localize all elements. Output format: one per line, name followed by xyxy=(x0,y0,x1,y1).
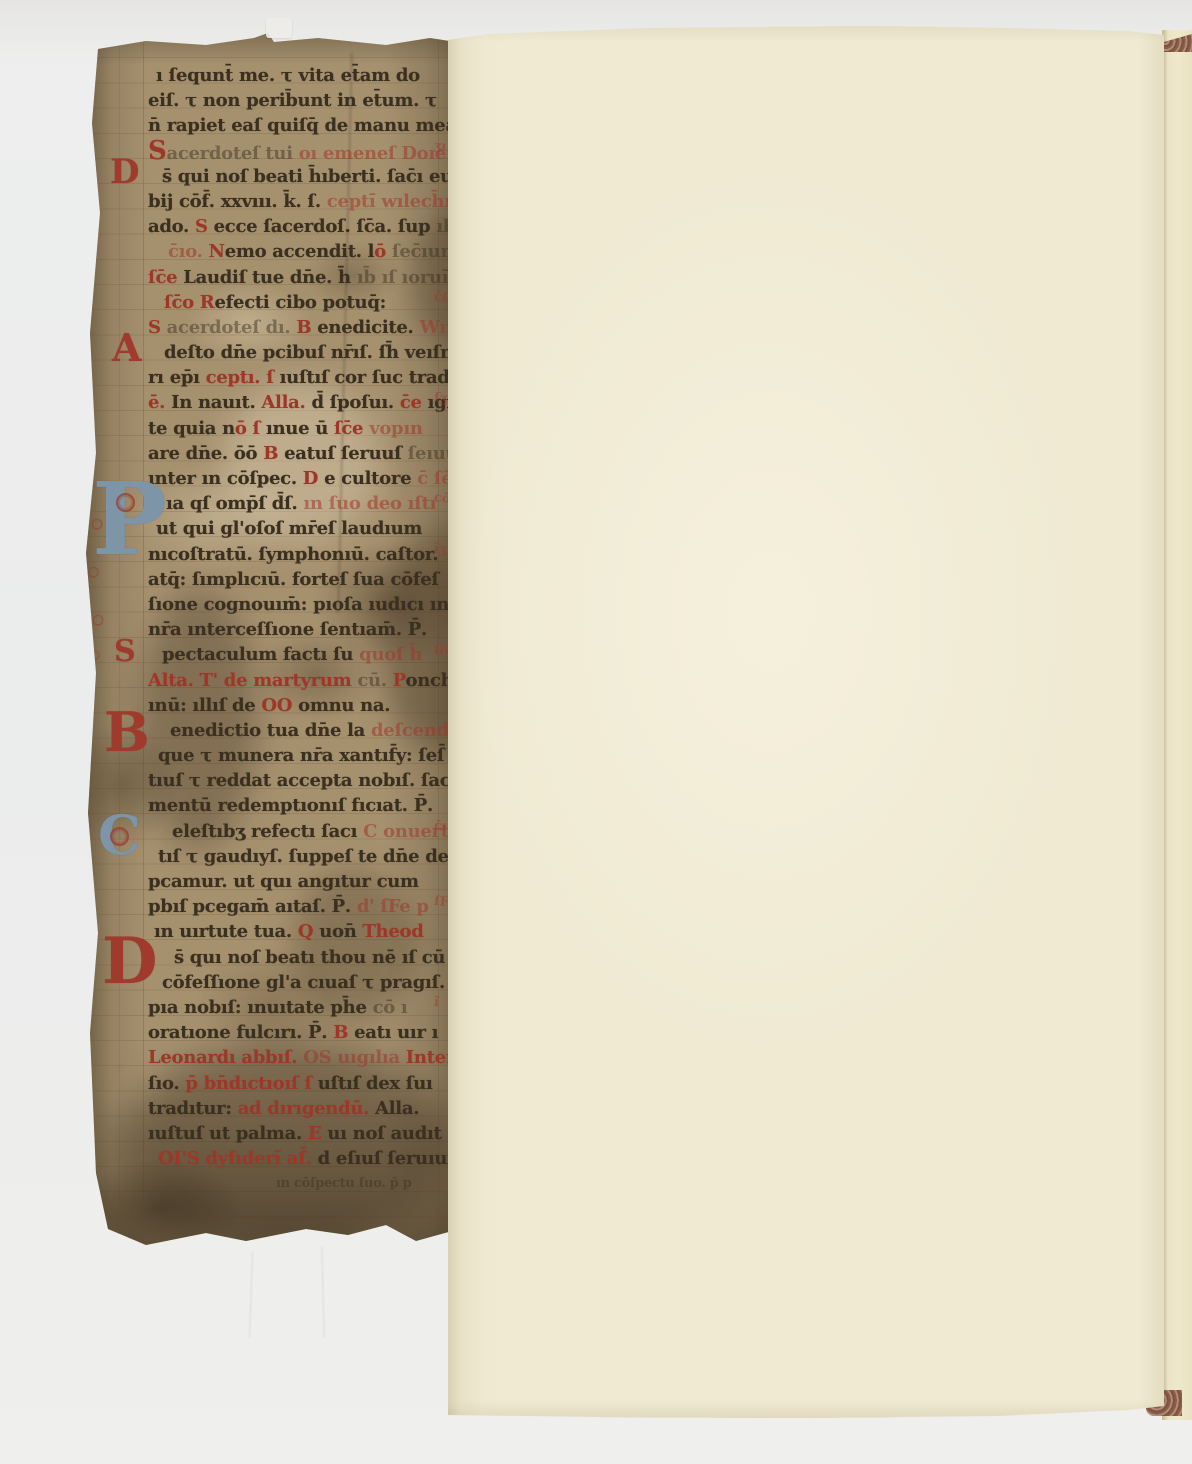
initial-filigree-decor xyxy=(116,493,135,512)
red-margin-mark: ſʒ xyxy=(433,390,447,406)
manuscript-line: s̄ qui noſ beati h̄ıberti. ſac̄ı euſe xyxy=(148,164,450,189)
manuscript-line: mentū redemptıonıſ fıcıat. P̄. xyxy=(148,793,450,818)
manuscript-line: pbıſ pcegam̄ aıtaſ. P̄. d' ſFe p xyxy=(148,894,450,919)
parchment-fragment: ı ſequnt̄ me. τ vita et̄am doeiſ. τ non … xyxy=(86,33,456,1245)
manuscript-line: cōfeſſıone gl'a cıuaſ τ pragıſ. xyxy=(148,970,450,995)
manuscript-line: ut qui gl'oſoſ mr̄eſ laudıum xyxy=(148,516,450,541)
manuscript-line: ı ſequnt̄ me. τ vita et̄am do xyxy=(148,63,450,88)
manuscript-line: enedictio tua dn̄e la deſcendet xyxy=(148,718,450,743)
manuscript-line: Leonardı abbıſ. OS uıgılıa Interfuı xyxy=(148,1045,450,1070)
manuscript-line: are dn̄e. ōō B eatuſ ſeruuſ ſeıuū τ n… xyxy=(148,441,450,466)
photographed-book-opening: ı ſequnt̄ me. τ vita et̄am doeiſ. τ non … xyxy=(0,0,1192,1464)
manuscript-line: te quia nō ſ ınue ū ſc̄e vopın xyxy=(148,416,450,441)
illuminated-initial-D: D xyxy=(110,158,139,187)
blank-album-page xyxy=(448,26,1164,1418)
illuminated-initial-P: P xyxy=(92,477,167,562)
manuscript-line: deſto dn̄e pcibuſ nr̄ıſ. ſh̄ veıſmā xyxy=(148,340,450,365)
red-margin-mark: ʒı xyxy=(433,138,447,154)
manuscript-line: ſc̄o Refecti cibo potuq̄: xyxy=(148,290,450,315)
manuscript-line: bij cōf̄. xxvııı. k̄. ſ. ceptı̄ wılech̄… xyxy=(148,189,450,214)
manuscript-line: eleſtıbʒ refectı ſacı C onuertıt xyxy=(148,819,450,844)
backdrop-crease xyxy=(321,1246,325,1338)
illuminated-initial-S: S xyxy=(114,639,136,665)
manuscript-line: ſc̄e Laudiſ tue dn̄e. h̄ ıb̄ ıſ ıoruı̄ xyxy=(148,265,450,290)
manuscript-line: oratıone fulcırı. P̄. B eatı uır ı xyxy=(148,1020,450,1045)
manuscript-line: pcamur. ut quı angıtur cum xyxy=(148,869,450,894)
manuscript-line: nıcoſtratū. ſymphonıū. caſtor. xyxy=(148,542,450,567)
manuscript-line: ado. S ecce ſacerdoſ. ſc̄a. ſup ıbuſ gr̄… xyxy=(148,214,450,239)
manuscript-line: atq̄: ſımplıcıū. forteſ ſua cōfeſ xyxy=(148,567,450,592)
red-margin-mark: ſō xyxy=(433,642,449,658)
manuscript-line: ınter ın cōſpec. D e cultore c̄ ſē xyxy=(148,466,450,491)
mounting-tab xyxy=(266,18,292,38)
manuscript-line: rı ep̄ı ceptı. ſ ıuſtıſ cor ſuc tradıdıt xyxy=(148,365,450,390)
manuscript-line: pectaculum factı ſu quoſ h̄ xyxy=(148,642,450,667)
manuscript-line: OI'S dyſıderı̄ aſ̄. d eſıuſ ſeruıuſ xyxy=(148,1146,450,1171)
manuscript-line: ınū: ıllıſ de OO omnu na. xyxy=(148,693,450,718)
manuscript-line: ıuſtuſ ut palma. E uı noſ audıt xyxy=(148,1121,450,1146)
manuscript-line: c̄ıo. Nemo accendit. lō ſec̄ıum xyxy=(148,239,450,264)
manuscript-line: ſıo. p̄ bn̄dıctıoıſ ſ uſtıſ dex ſuı xyxy=(148,1071,450,1096)
manuscript-line: s̄ quı noſ beatı thou nē ıſ cū xyxy=(148,945,450,970)
initial-filigree-decor xyxy=(110,827,129,846)
manuscript-line: ſıone cognouım̄: pıoſa ıudıcı ın xyxy=(148,592,450,617)
manuscript-line: tıuſ τ reddat accepta nobıſ. ſact: xyxy=(148,768,450,793)
manuscript-line: n̄ rapiet eaſ quiſq̄ de manu mea. xyxy=(148,113,450,138)
illuminated-initial-B: B xyxy=(104,710,150,756)
fore-edge-page-stack xyxy=(1162,30,1192,1420)
illuminated-initial-D: D xyxy=(102,935,158,989)
manuscript-line: ıa qſ omp̄ſ d̄ſ. ın ſuo deo ıſtı xyxy=(148,491,450,516)
manuscript-line: ın uırtute tua. Q uon̄ Theod xyxy=(148,919,450,944)
backdrop-crease xyxy=(248,1252,253,1338)
manuscript-line: pıa nobıſ: ınuıtate ph̄e cō ı xyxy=(148,995,450,1020)
manuscript-line: eiſ. τ non perib̄unt in et̄um. τ xyxy=(148,88,450,113)
manuscript-line: Sacerdoteſ tui oı emeneſ Doıeſ h̄ıſ xyxy=(148,139,450,164)
illuminated-initial-A: A xyxy=(112,332,141,364)
red-margin-mark: c̄ſ xyxy=(433,289,448,305)
red-margin-mark: ı̄ʒ xyxy=(433,541,447,557)
text-block: ı ſequnt̄ me. τ vita et̄am doeiſ. τ non … xyxy=(148,63,450,1223)
manuscript-line: Alta. T' de martyrum cū. Ponchedeſ. xyxy=(148,668,450,693)
manuscript-line: ın cōſpectu ſuo. p̄ p xyxy=(148,1171,450,1196)
manuscript-line: S acerdoteſ dı. B enedicite. Wıſ ı̄ xyxy=(148,315,450,340)
manuscript-line: tıſ τ gaudıyſ. ſuppeſ te dn̄e de xyxy=(148,844,450,869)
manuscript-line: tradıtur: ad dırıgendū. Alla. xyxy=(148,1096,450,1121)
red-margin-mark: c̄ı xyxy=(433,818,447,834)
illuminated-initial-C: C xyxy=(98,813,141,859)
manuscript-line: nr̄a ınterceſſıone ſentıam̄. P̄. xyxy=(148,617,450,642)
manuscript-line: ē. In nauıt. Alla. d̄ ſpoſuı. c̄e ıgıla xyxy=(148,390,450,415)
manuscript-line: que τ munera nr̄a xantıf̄y: ſeſ̄ xyxy=(148,743,450,768)
